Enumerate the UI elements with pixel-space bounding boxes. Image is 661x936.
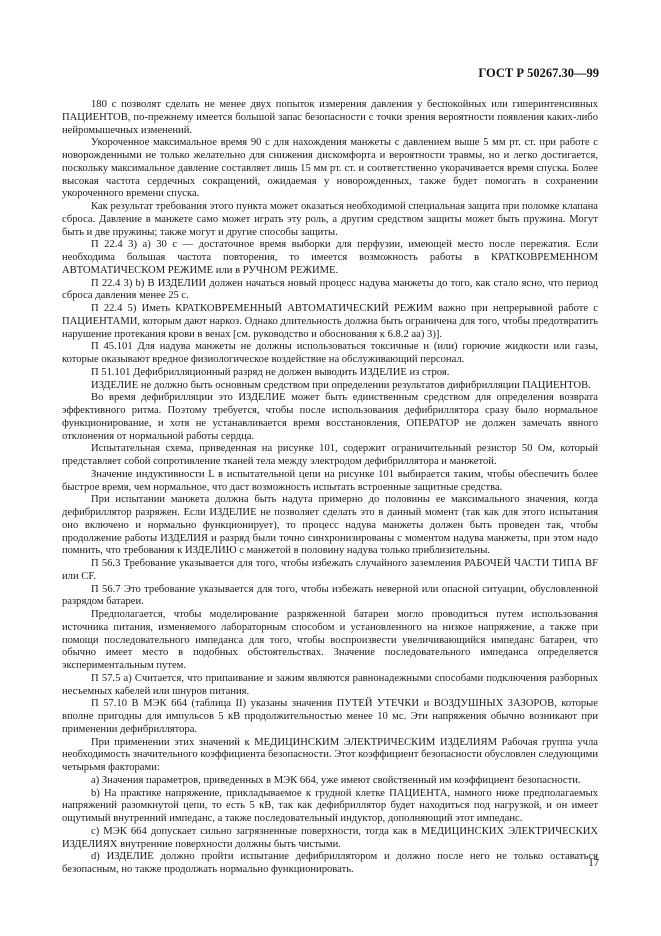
paragraph: ИЗДЕЛИЕ не должно быть основным средство…: [62, 380, 598, 393]
paragraph: П 56.7 Это требование указывается для то…: [62, 584, 598, 610]
paragraph: При применении этих значений к МЕДИЦИНСК…: [62, 737, 598, 775]
paragraph: П 22.4 3) b) В ИЗДЕЛИИ должен начаться н…: [62, 278, 598, 304]
list-item-b: b) На практике напряжение, прикладываемо…: [62, 788, 598, 826]
list-item-a: a) Значения параметров, приведенных в МЭ…: [62, 775, 598, 788]
paragraph: П 57.5 а) Считается, что припаивание и з…: [62, 673, 598, 699]
paragraph: Во время дефибрилляции это ИЗДЕЛИЕ может…: [62, 392, 598, 443]
page-number: 17: [588, 858, 599, 869]
paragraph: Значение индуктивности L в испытательной…: [62, 469, 598, 495]
paragraph: П 22.4 3) а) 30 с — достаточное время вы…: [62, 239, 598, 277]
paragraph: Как результат требования этого пункта мо…: [62, 201, 598, 239]
paragraph: П 57.10 В МЭК 664 (таблица II) указаны з…: [62, 698, 598, 736]
paragraph: П 51.101 Дефибрилляционный разряд не дол…: [62, 367, 598, 380]
paragraph: При испытании манжета должна быть надута…: [62, 494, 598, 558]
paragraph: П 22.4 5) Иметь КРАТКОВРЕМЕННЫЙ АВТОМАТИ…: [62, 303, 598, 341]
document-page: ГОСТ Р 50267.30—99 180 с позволят сделат…: [0, 0, 661, 936]
paragraph: П 45.101 Для надува манжеты не должны ис…: [62, 341, 598, 367]
paragraph: П 56.3 Требование указывается для того, …: [62, 558, 598, 584]
body-text: 180 с позволят сделать не менее двух поп…: [62, 99, 598, 877]
paragraph: Испытательная схема, приведенная на рису…: [62, 443, 598, 469]
paragraph: Укороченное максимальное время 90 с для …: [62, 137, 598, 201]
list-item-c: c) МЭК 664 допускает сильно загрязненные…: [62, 826, 598, 852]
standard-header: ГОСТ Р 50267.30—99: [478, 66, 599, 81]
paragraph: 180 с позволят сделать не менее двух поп…: [62, 99, 598, 137]
paragraph: Предполагается, чтобы моделирование разр…: [62, 609, 598, 673]
list-item-d: d) ИЗДЕЛИЕ должно пройти испытание дефиб…: [62, 851, 598, 877]
